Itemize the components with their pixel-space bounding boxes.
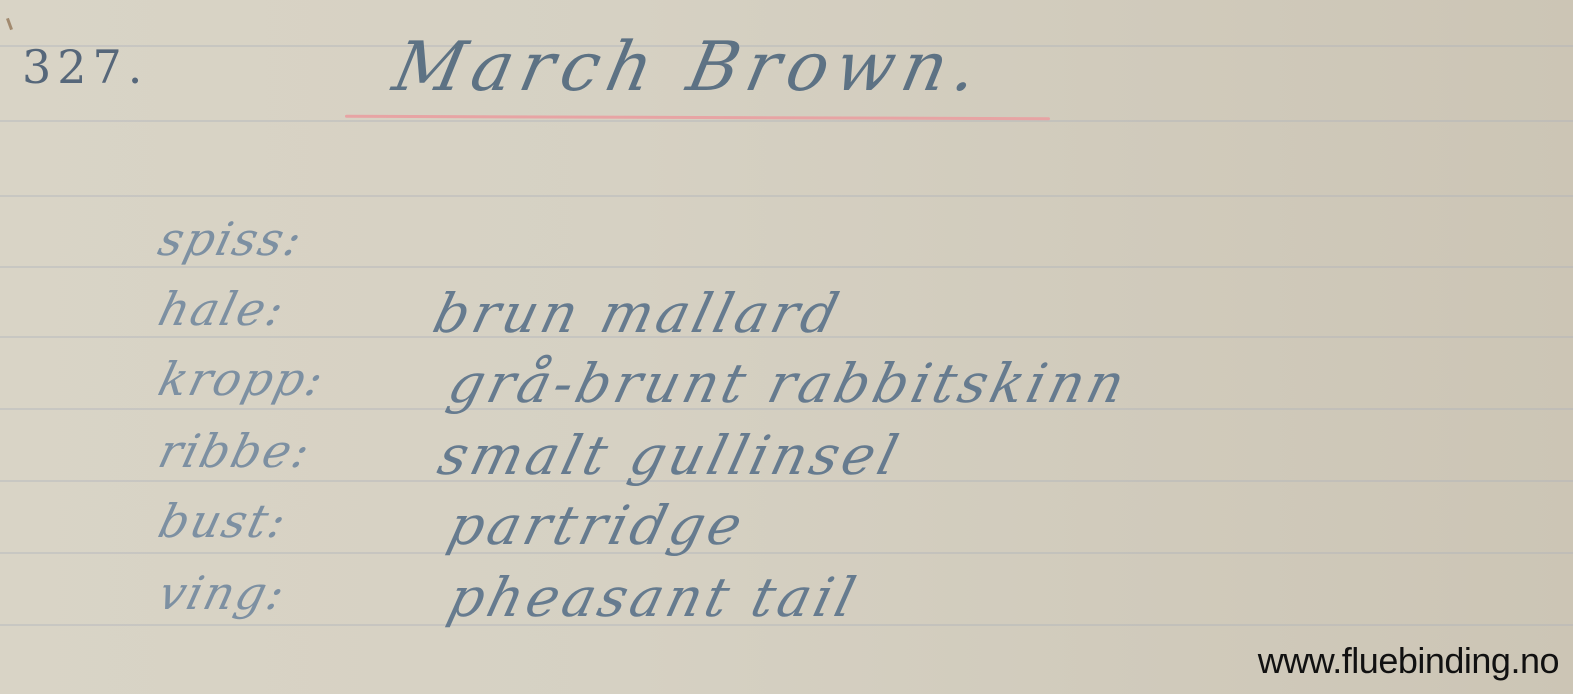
recipe-value: brun mallard	[427, 282, 848, 345]
ruled-line	[0, 552, 1573, 554]
notebook-page: 327. March Brown. spiss: hale: brun mall…	[0, 0, 1573, 694]
recipe-value: smalt gullinsel	[432, 424, 908, 487]
recipe-label: spiss:	[153, 212, 309, 266]
page-title: March Brown.	[387, 28, 993, 107]
ink-mark	[6, 18, 13, 30]
ruled-line	[0, 120, 1573, 122]
recipe-value: grå-brunt rabbitskinn	[442, 352, 1135, 415]
recipe-label: kropp:	[153, 352, 330, 406]
website-watermark: www.fluebinding.no	[1258, 640, 1559, 682]
recipe-value: partridge	[442, 494, 752, 557]
entry-number: 327.	[22, 40, 148, 94]
ruled-line	[0, 266, 1573, 268]
recipe-label: ving:	[153, 566, 292, 620]
ruled-line	[0, 195, 1573, 197]
recipe-label: ribbe:	[153, 424, 317, 478]
recipe-label: hale:	[153, 282, 291, 336]
recipe-value: pheasant tail	[442, 566, 865, 629]
recipe-label: bust:	[153, 494, 293, 548]
